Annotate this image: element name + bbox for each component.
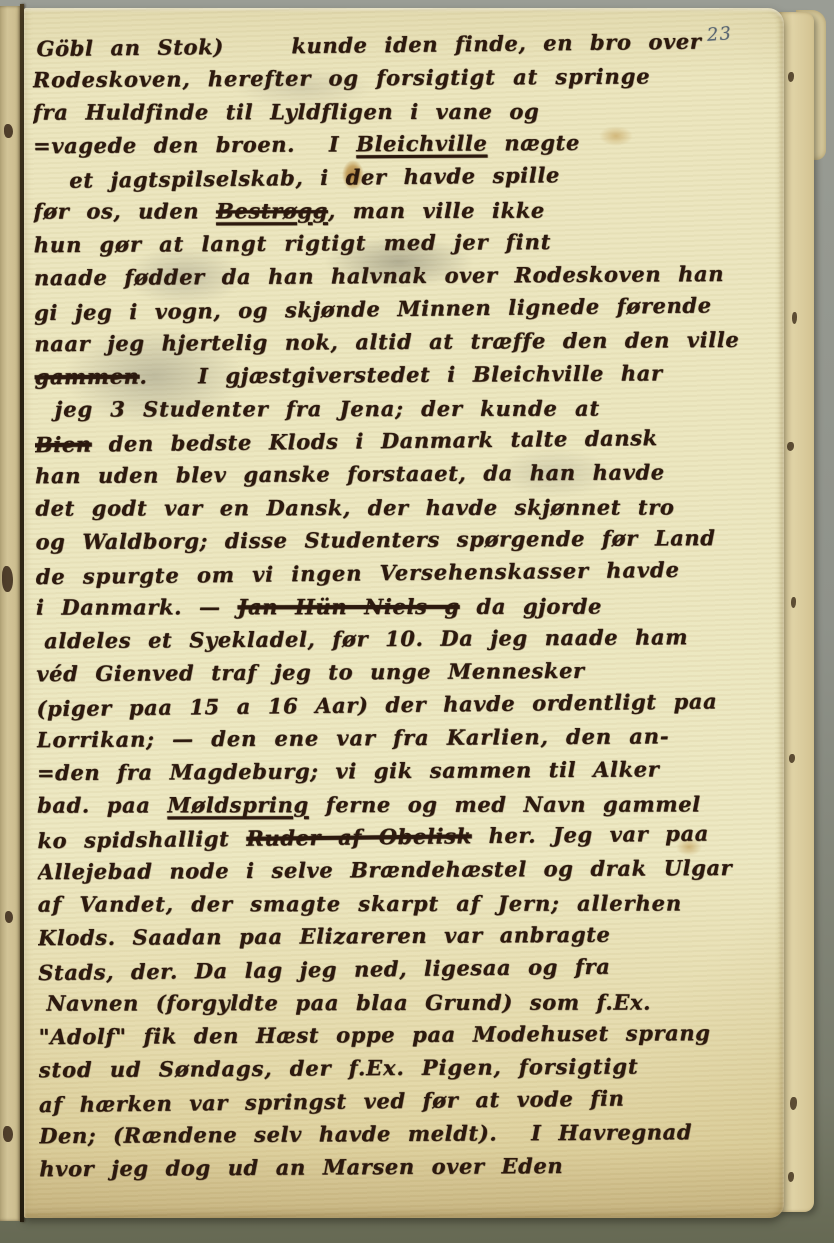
handwriting-segment: naar jeg hjertelig nok, altid at træffe … <box>34 327 739 356</box>
ink-speck <box>790 1097 797 1110</box>
handwriting-segment: da gjorde <box>460 594 602 619</box>
handwriting-segment: Stads, der. Da lag jeg ned, ligesaa og f… <box>38 954 611 985</box>
manuscript-line: aldeles et Syekladel, før 10. Da jeg naa… <box>36 620 774 658</box>
handwriting-segment: Den; (Rændene selv havde meldt). I Havre… <box>39 1119 692 1148</box>
ink-speck <box>4 124 13 138</box>
marked-word: Bien <box>35 432 92 458</box>
handwriting-segment: Klods. Saadan paa Elizareren var anbragt… <box>38 922 611 950</box>
ink-speck <box>5 911 13 923</box>
handwriting-segment: , man ville ikke <box>328 198 545 223</box>
handwriting-segment: den bedste Klods i Danmark talte dansk <box>92 425 658 456</box>
ink-speck <box>3 1126 13 1142</box>
handwriting-segment: de spurgte om vi ingen Versehenskasser h… <box>36 557 680 589</box>
handwriting-segment: gi jeg i vogn, og skjønde Minnen lignede… <box>34 293 712 326</box>
handwriting-segment: nægte <box>487 130 580 156</box>
ink-speck <box>788 72 794 82</box>
manuscript-line: naar jeg hjertelig nok, altid at træffe … <box>34 323 772 361</box>
manuscript-line: =den fra Magdeburg; vi gik sammen til Al… <box>37 752 775 790</box>
manuscript-line: Allejebad node i selve Brændehæstel og d… <box>37 851 775 889</box>
manuscript-line: Stads, der. Da lag jeg ned, ligesaa og f… <box>38 948 776 989</box>
handwriting-segment: et jagtspilselskab, i der havde spille <box>69 162 560 193</box>
handwriting-segment: bad. paa <box>37 792 167 817</box>
manuscript-line: det godt var en Dansk, der havde skjønne… <box>35 490 773 524</box>
handwriting-segment: jeg 3 Studenter fra Jena; der kunde at <box>55 396 600 422</box>
handwritten-text-block: Göbl an Stok) kunde iden finde, en bro o… <box>32 26 777 1210</box>
handwriting-segment: af Vandet, der smagte skarpt af Jern; al… <box>38 891 682 917</box>
handwriting-segment: (piger paa 15 a 16 Aar) der havde ordent… <box>36 688 717 721</box>
manuscript-line: Rodeskoven, herefter og forsigtigt at sp… <box>33 59 771 97</box>
handwriting-segment: véd Gienved traf jeg to unge Mennesker <box>36 658 584 686</box>
handwriting-segment: ko spidshalligt <box>37 826 246 853</box>
previous-page-sliver <box>0 6 21 1221</box>
handwriting-segment: Göbl an Stok) kunde iden finde, en bro o… <box>36 29 701 62</box>
marked-word: Møldspring <box>167 792 308 817</box>
handwriting-segment: aldeles et Syekladel, før 10. Da jeg naa… <box>44 624 688 653</box>
handwriting-segment: Navnen (forgyldte paa blaa Grund) som f.… <box>46 990 651 1016</box>
ink-speck <box>789 754 795 763</box>
ink-speck <box>791 597 796 608</box>
handwriting-segment: af hærken var springst ved før at vode f… <box>39 1086 625 1118</box>
handwriting-segment: i Danmark. — <box>36 594 238 619</box>
handwriting-segment: =vagede den broen. I <box>33 131 356 158</box>
marked-word: Ruder af Obelisk <box>246 823 472 851</box>
manuscript-line: fra Huldfinde til Lyldfligen i vane og <box>33 94 771 128</box>
manuscript-line: hun gør at langt rigtigt med jer fint <box>34 224 772 262</box>
handwriting-segment: =den fra Magdeburg; vi gik sammen til Al… <box>37 756 660 785</box>
manuscript-line: han uden blev ganske forstaaet, da han h… <box>35 455 773 493</box>
manuscript-line: Den; (Rændene selv havde meldt). I Havre… <box>39 1115 777 1153</box>
ink-speck <box>788 1172 794 1182</box>
manuscript-line: de spurgte om vi ingen Versehenskasser h… <box>36 552 774 593</box>
manuscript-line: hvor jeg dog ud an Marsen over Eden <box>39 1148 777 1186</box>
handwriting-segment: og Waldborg; disse Studenters spørgende … <box>35 525 715 554</box>
manuscript-line: gammen. I gjæstgiverstedet i Bleichville… <box>34 356 772 394</box>
manuscript-line: af Vandet, der smagte skarpt af Jern; al… <box>38 886 776 920</box>
handwriting-segment: Rodeskoven, herefter og forsigtigt at sp… <box>33 63 651 92</box>
marked-word: Bleichville <box>356 130 487 156</box>
handwriting-segment: . I gjæstgiverstedet i Bleichville har <box>139 360 662 388</box>
marked-word: Bestrøgg <box>216 198 328 223</box>
handwriting-segment: ferne og med Navn gammel <box>309 791 701 817</box>
handwriting-segment: Allejebad node i selve Brændehæstel og d… <box>37 855 732 884</box>
ink-speck <box>2 566 13 592</box>
handwriting-segment: fra Huldfinde til Lyldfligen i vane og <box>33 99 539 125</box>
ink-speck <box>792 312 797 324</box>
manuscript-line: Navnen (forgyldte paa blaa Grund) som f.… <box>38 985 776 1019</box>
handwriting-segment: han uden blev ganske forstaaet, da han h… <box>35 459 665 488</box>
manuscript-line: i Danmark. — Jan Hün Niels g da gjorde <box>36 589 774 623</box>
manuscript-line: et jagtspilselskab, i der havde spille <box>33 156 771 197</box>
handwriting-segment: Lorrikan; — den ene var fra Karlien, den… <box>37 723 670 752</box>
ink-speck <box>787 442 794 451</box>
scanned-manuscript-page: 23 Göbl an Stok) kunde iden finde, en br… <box>0 0 834 1243</box>
handwriting-segment: hun gør at langt rigtigt med jer fint <box>34 229 552 257</box>
handwriting-segment: hvor jeg dog ud an Marsen over Eden <box>39 1153 563 1181</box>
handwriting-segment: stod ud Søndags, der f.Ex. Pigen, forsig… <box>39 1054 639 1083</box>
handwriting-segment: her. Jeg var paa <box>472 821 710 849</box>
manuscript-line: Lorrikan; — den ene var fra Karlien, den… <box>37 719 775 757</box>
manuscript-line: "Adolf" fik den Hæst oppe paa Modehuset … <box>38 1016 776 1054</box>
handwriting-segment: "Adolf" fik den Hæst oppe paa Modehuset … <box>38 1020 710 1049</box>
manuscript-page: 23 Göbl an Stok) kunde iden finde, en br… <box>24 8 784 1218</box>
marked-word: gammen <box>34 364 139 390</box>
handwriting-segment: før os, uden <box>33 198 216 223</box>
manuscript-line: før os, uden Bestrøgg, man ville ikke <box>33 193 771 227</box>
handwriting-segment: naade fødder da han halvnak over Rodesko… <box>34 261 724 290</box>
handwriting-segment: det godt var en Dansk, der havde skjønne… <box>35 495 674 521</box>
marked-word: Jan Hün Niels g <box>237 594 459 619</box>
